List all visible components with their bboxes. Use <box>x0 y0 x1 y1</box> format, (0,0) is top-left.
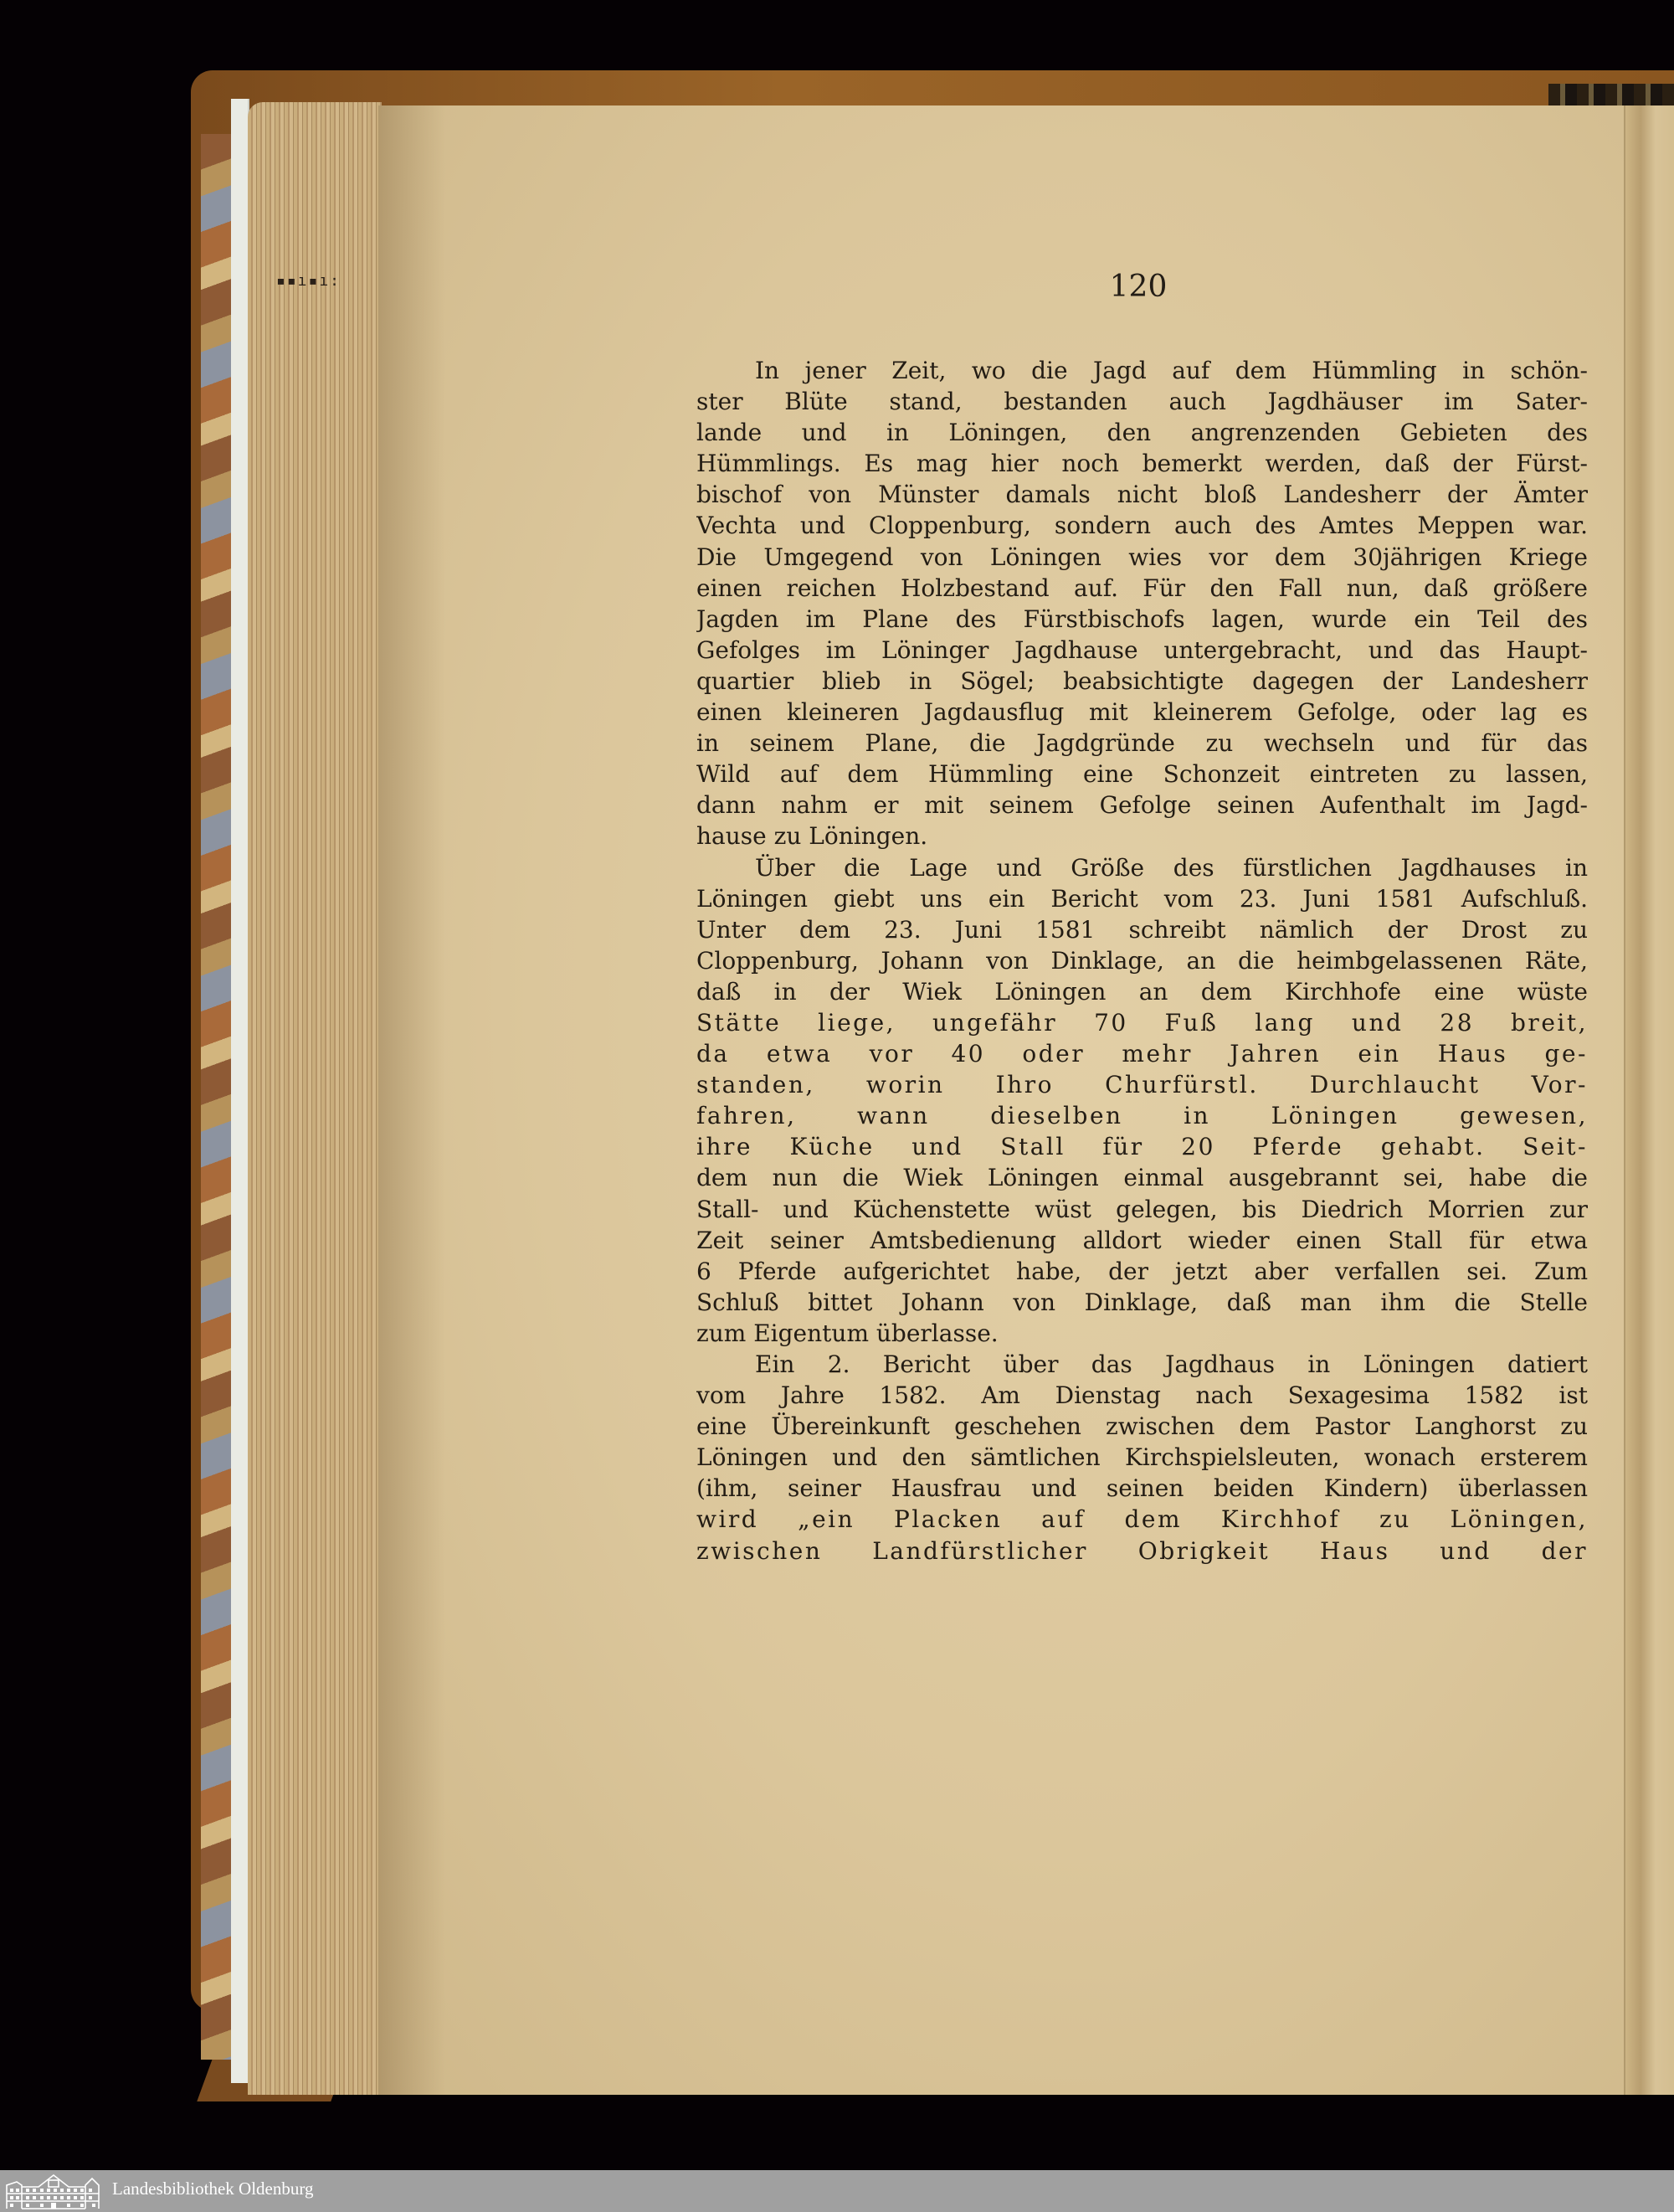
library-name: Landesbibliothek Oldenburg <box>112 2179 314 2199</box>
text-line: In jener Zeit, wo die Jagd auf dem Hümml… <box>696 355 1588 386</box>
text-line: Über die Lage und Größe des fürstlichen … <box>696 852 1588 883</box>
text-line: bischof von Münster damals nicht bloß La… <box>696 479 1588 510</box>
text-line: Löningen und den sämtlichen Kirchspielsl… <box>696 1442 1588 1473</box>
text-line: da etwa vor 40 oder mehr Jahren ein Haus… <box>696 1038 1588 1069</box>
book-gutter <box>1624 105 1674 2095</box>
text-line: vom Jahre 1582. Am Dienstag nach Sexages… <box>696 1380 1588 1411</box>
edge-marks: ▪▪ı▪ı: <box>276 272 341 290</box>
text-line: Wild auf dem Hümmling eine Schonzeit ein… <box>696 759 1588 790</box>
text-line: dem nun die Wiek Löningen einmal ausgebr… <box>696 1162 1588 1193</box>
text-line: dann nahm er mit seinem Gefolge seinen A… <box>696 790 1588 820</box>
text-line: lande und in Löningen, den angrenzenden … <box>696 417 1588 448</box>
text-line: quartier blieb in Sögel; beabsichtigte d… <box>696 666 1588 697</box>
text-line: wird „ein Placken auf dem Kirchhof zu Lö… <box>696 1504 1588 1535</box>
text-line: Löningen giebt uns ein Bericht vom 23. J… <box>696 883 1588 914</box>
text-line: einen reichen Holzbestand auf. Für den F… <box>696 573 1588 604</box>
text-line: zum Eigentum überlasse. <box>696 1318 1588 1349</box>
text-line: Zeit seiner Amtsbedienung alldort wieder… <box>696 1225 1588 1256</box>
text-line: in seinem Plane, die Jagdgründe zu wechs… <box>696 728 1588 759</box>
text-line: eine Übereinkunft geschehen zwischen dem… <box>696 1411 1588 1442</box>
text-line: Cloppenburg, Johann von Dinklage, an die… <box>696 945 1588 976</box>
text-line: ihre Küche und Stall für 20 Pferde gehab… <box>696 1131 1588 1162</box>
text-line: standen, worin Ihro Churfürstl. Durchlau… <box>696 1069 1588 1100</box>
footer-bar: Landesbibliothek Oldenburg <box>0 2170 1674 2212</box>
flyleaf-edge <box>231 99 249 2083</box>
text-line: hause zu Löningen. <box>696 820 1588 851</box>
body-text: In jener Zeit, wo die Jagd auf dem Hümml… <box>696 355 1588 1566</box>
text-line: 6 Pferde aufgerichtet habe, der jetzt ab… <box>696 1256 1588 1287</box>
text-line: (ihm, seiner Hausfrau und seinen beiden … <box>696 1473 1588 1504</box>
text-line: Vechta und Cloppenburg, sondern auch des… <box>696 510 1588 541</box>
text-line: einen kleineren Jagdausflug mit kleinere… <box>696 697 1588 728</box>
headband <box>1548 84 1674 105</box>
text-line: Schluß bittet Johann von Dinklage, daß m… <box>696 1287 1588 1318</box>
text-line: daß in der Wiek Löningen an dem Kirchhof… <box>696 976 1588 1007</box>
page-shadow <box>378 105 445 2095</box>
text-line: Die Umgegend von Löningen wies vor dem 3… <box>696 542 1588 573</box>
text-line: ster Blüte stand, bestanden auch Jagdhäu… <box>696 386 1588 417</box>
text-line: fahren, wann dieselben in Löningen gewes… <box>696 1100 1588 1131</box>
text-line: Stätte liege, ungefähr 70 Fuß lang und 2… <box>696 1007 1588 1038</box>
page-number: 120 <box>1088 270 1189 304</box>
text-line: Jagden im Plane des Fürstbischofs lagen,… <box>696 604 1588 635</box>
page-edges <box>248 102 382 2095</box>
marbled-endpaper <box>201 134 231 2060</box>
text-line: Hümmlings. Es mag hier noch bemerkt werd… <box>696 448 1588 479</box>
text-line: zwischen Landfürstlicher Obrigkeit Haus … <box>696 1536 1588 1566</box>
text-line: Unter dem 23. Juni 1581 schreibt nämlich… <box>696 914 1588 945</box>
library-building-icon <box>5 2173 102 2210</box>
text-line: Ein 2. Bericht über das Jagdhaus in Löni… <box>696 1349 1588 1380</box>
text-line: Gefolges im Löninger Jagdhause untergebr… <box>696 635 1588 666</box>
text-line: Stall- und Küchenstette wüst gelegen, bi… <box>696 1194 1588 1225</box>
